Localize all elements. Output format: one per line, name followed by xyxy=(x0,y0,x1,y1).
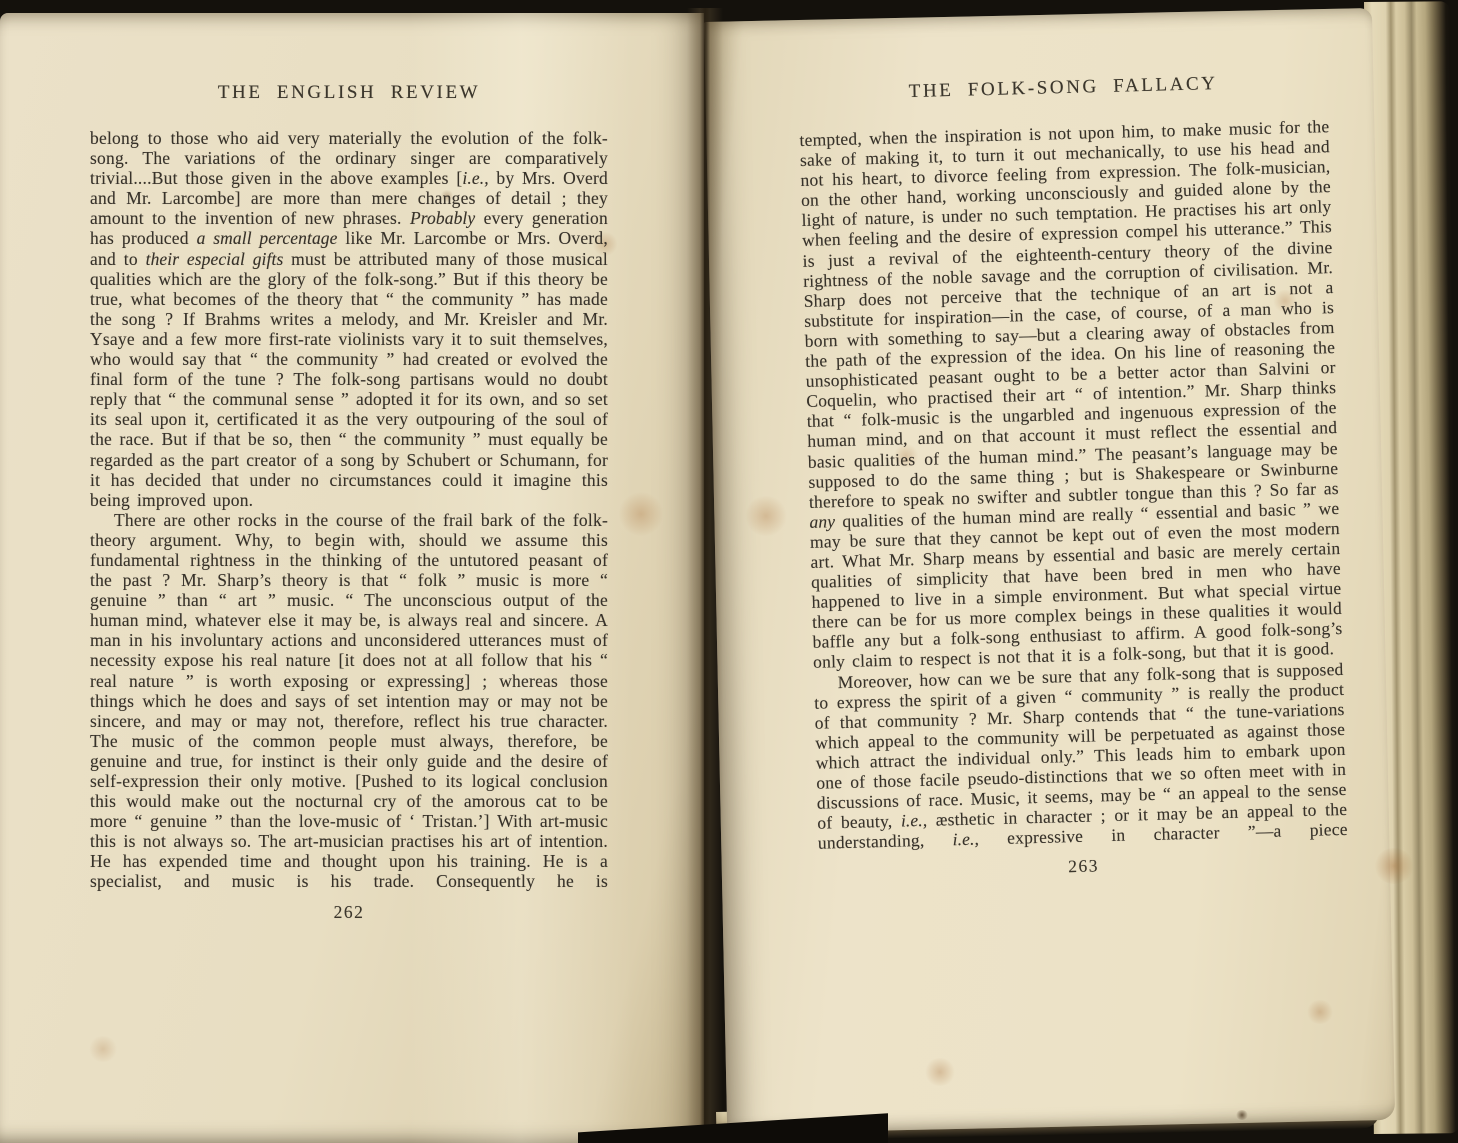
paragraph: There are other rocks in the course of t… xyxy=(90,510,608,892)
running-header: THE ENGLISH REVIEW xyxy=(90,82,608,104)
paragraph: Moreover, how can we be sure that any fo… xyxy=(813,658,1348,853)
book-photo: THE ENGLISH REVIEW belong to those who a… xyxy=(0,0,1458,1143)
paragraph: belong to those who aid very materially … xyxy=(90,128,608,510)
right-page: THE FOLK-SONG FALLACY tempted, when the … xyxy=(798,70,1349,884)
page-number: 262 xyxy=(90,902,608,923)
left-page: THE ENGLISH REVIEW belong to those who a… xyxy=(90,82,608,923)
paragraph: tempted, when the inspiration is not upo… xyxy=(799,116,1343,672)
text-column: belong to those who aid very materially … xyxy=(90,128,608,892)
text-column: tempted, when the inspiration is not upo… xyxy=(799,116,1348,853)
